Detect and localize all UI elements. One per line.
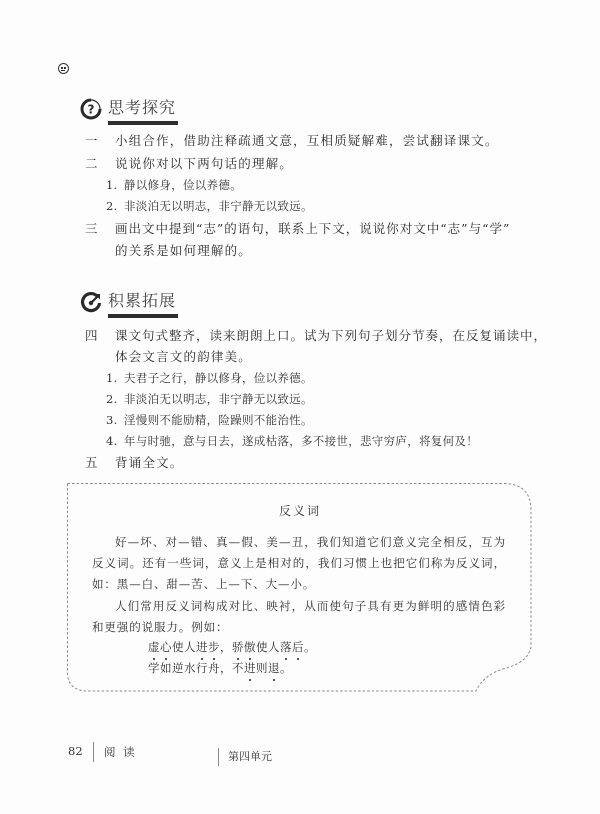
item-text: 小组合作，借助注释疏通文意，互相质疑解难，尝试翻译课文。 (115, 130, 555, 152)
dotted-char: 步 (208, 637, 220, 657)
item-text: 说说你对以下两句话的理解。 (115, 153, 555, 175)
plain-text: 使人 (172, 640, 196, 654)
example-sentence-2: 学如逆水行舟，不进则退。 (148, 658, 292, 678)
unit-label: 第四单元 (228, 748, 272, 764)
sub-number: 4. (106, 431, 124, 451)
sub-item: 1.静以修身，俭以养德。 (106, 175, 242, 195)
item-number: 二 (85, 153, 109, 175)
dotted-char: 傲 (244, 637, 256, 657)
box-paragraph-2: 人们常用反义词构成对比、映衬，从而使句子具有更为鲜明的感情色彩和更强的说服力。例… (92, 596, 506, 638)
sub-text: 年与时驰，意与日去，遂成枯落，多不接世，悲守穷庐，将复何及！ (124, 434, 478, 448)
plain-text: 。 (304, 640, 316, 654)
svg-text:?: ? (88, 103, 95, 117)
sub-number: 2. (106, 389, 124, 409)
sub-item: 4.年与时驰，意与日去，遂成枯落，多不接世，悲守穷庐，将复何及！ (106, 431, 478, 451)
example-sentence-1: 虚心使人进步，骄傲使人落后。 (148, 637, 316, 657)
item-text-line1: 画出文中提到“志”的语句，联系上下文，说说你对文中“志”与“学” (115, 218, 555, 240)
plain-text: 学如逆水行舟，不 (148, 661, 244, 675)
book-section-label: 阅 读 (104, 744, 137, 760)
textbook-page: ? 思考探究 一 小组合作，借助注释疏通文意，互相质疑解难，尝试翻译课文。 二 … (0, 0, 600, 814)
sub-item: 1.夫君子之行，静以修身，俭以养德。 (106, 368, 313, 388)
dotted-char: 心 (160, 637, 172, 657)
sub-number: 3. (106, 410, 124, 430)
sub-text: 非淡泊无以明志，非宁静无以致远。 (124, 392, 313, 406)
face-icon (58, 63, 69, 74)
sub-text: 非淡泊无以明志，非宁静无以致远。 (124, 199, 313, 213)
dotted-char: 落 (280, 637, 292, 657)
dotted-char: 进 (244, 658, 256, 678)
sub-item: 2.非淡泊无以明志，非宁静无以致远。 (106, 389, 313, 409)
sub-text: 静以修身，俭以养德。 (124, 178, 242, 192)
section-title: 思考探究 (108, 98, 176, 117)
refresh-arrow-icon (80, 291, 102, 313)
sub-number: 1. (106, 368, 124, 388)
question-circle-icon: ? (80, 98, 102, 120)
item-text: 背诵全文。 (115, 452, 555, 474)
item-text-line2: 的关系是如何理解的。 (115, 240, 555, 262)
dotted-char: 虚 (148, 637, 160, 657)
box-paragraph-1: 好—坏、对—错、真—假、美—丑，我们知道它们意义完全相反，互为反义词。还有一些词… (92, 532, 506, 595)
item-number: 一 (85, 130, 109, 152)
title-underline (108, 121, 178, 125)
item-number: 三 (85, 218, 109, 240)
sub-item: 2.非淡泊无以明志，非宁静无以致远。 (106, 196, 313, 216)
sub-item: 3.淫慢则不能励精，险躁则不能治性。 (106, 410, 313, 430)
plain-text: 。 (280, 661, 292, 675)
item-text-line2: 体会文言文的韵律美。 (115, 346, 555, 368)
sub-text: 淫慢则不能励精，险躁则不能治性。 (124, 413, 313, 427)
page-number: 82 (68, 744, 83, 758)
knowledge-box-antonyms: 反义词 好—坏、对—错、真—假、美—丑，我们知道它们意义完全相反，互为反义词。还… (66, 482, 534, 692)
section-title: 积累拓展 (108, 291, 176, 310)
item-number: 四 (85, 325, 109, 347)
footer-divider (93, 742, 94, 762)
item-text-line1: 课文句式整齐，读来朗朗上口。试为下列句子划分节奏，在反复诵读中， (115, 325, 555, 347)
footer-divider (218, 748, 219, 766)
dotted-char: 后 (292, 637, 304, 657)
section-header-extension: 积累拓展 (80, 287, 176, 317)
plain-text: ， (220, 640, 232, 654)
plain-text: 则 (256, 661, 268, 675)
sub-text: 夫君子之行，静以修身，俭以养德。 (124, 371, 313, 385)
dotted-char: 进 (196, 637, 208, 657)
section-header-thinking: ? 思考探究 (80, 94, 176, 124)
dotted-char: 骄 (232, 637, 244, 657)
plain-text: 使人 (256, 640, 280, 654)
dotted-char: 退 (268, 658, 280, 678)
item-number: 五 (85, 452, 109, 474)
box-title: 反义词 (66, 502, 534, 519)
sub-number: 1. (106, 175, 124, 195)
sub-number: 2. (106, 196, 124, 216)
title-underline (108, 314, 178, 318)
